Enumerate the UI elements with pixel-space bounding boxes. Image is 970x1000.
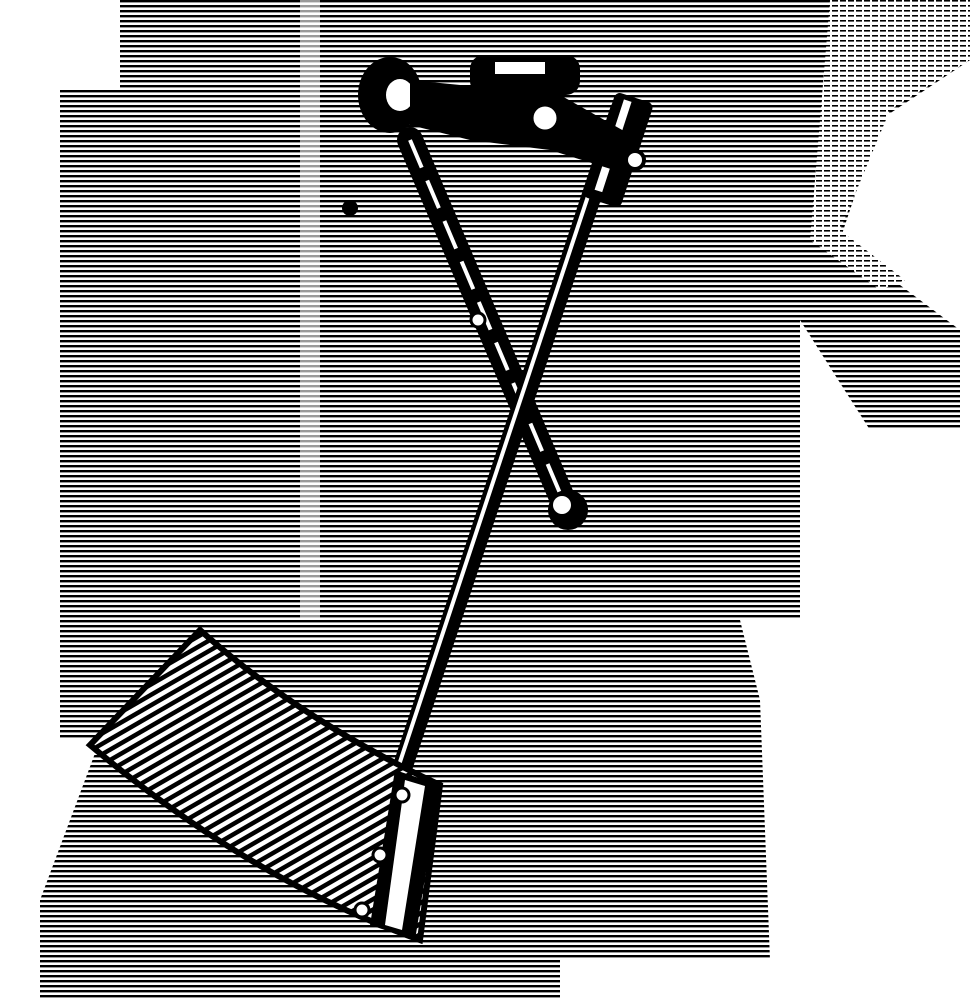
- rivet: [355, 903, 369, 917]
- rivet: [373, 848, 387, 862]
- thumbscrew: [531, 104, 559, 132]
- rivet: [395, 788, 409, 802]
- engraving-illustration: [0, 0, 970, 1000]
- hatched-background: [40, 0, 970, 1000]
